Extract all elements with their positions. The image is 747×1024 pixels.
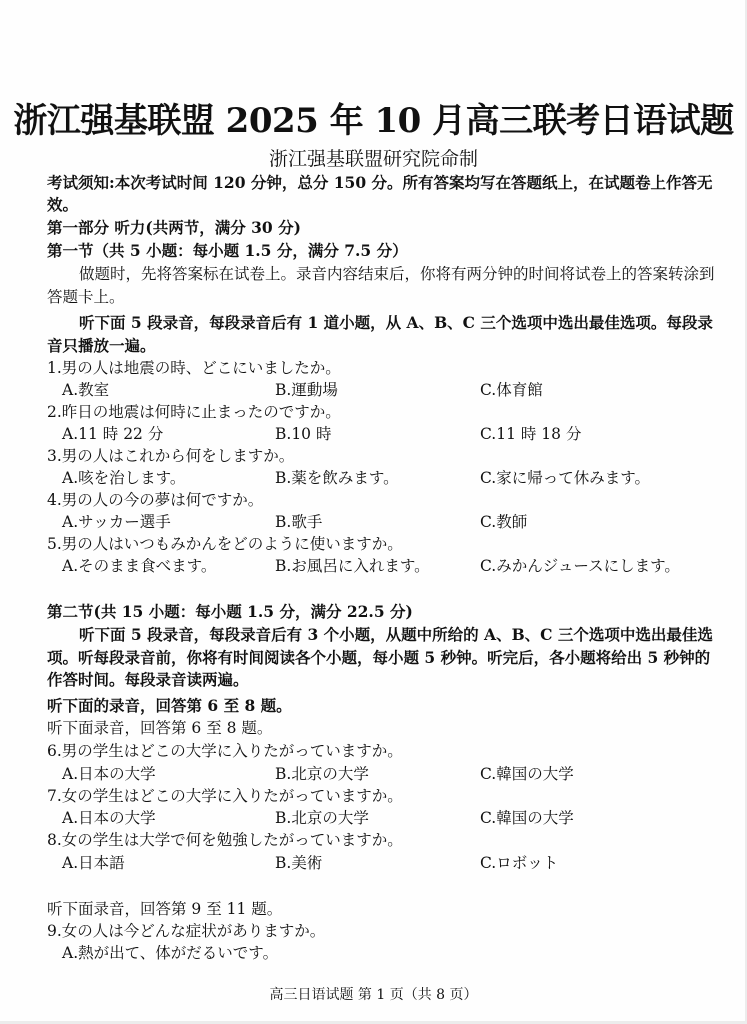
section1-heading: 第一节（共 5 小题：每小题 1.5 分，满分 7.5 分） xyxy=(47,240,408,262)
question-2-option-b: B.10 時 xyxy=(275,423,331,445)
question-7-option-c: C.韓国の大学 xyxy=(480,807,574,829)
question-5: 5.男の人はいつもみかんをどのように使いますか。 xyxy=(47,533,403,555)
question-4-option-b: B.歌手 xyxy=(275,511,322,533)
question-1: 1.男の人は地震の時、どこにいましたか。 xyxy=(47,357,341,379)
question-5-option-c: C.みかんジュースにします。 xyxy=(480,555,680,577)
part1-heading: 第一部分 听力(共两节，满分 30 分) xyxy=(47,217,301,239)
question-2: 2.昨日の地震は何時に止まったのですか。 xyxy=(47,401,341,423)
question-5-option-a: A.そのまま食べます。 xyxy=(62,555,216,577)
group2-heading: 听下面录音，回答第 9 至 11 题。 xyxy=(47,898,282,920)
question-6-option-c: C.韓国の大学 xyxy=(480,763,574,785)
question-6-option-a: A.日本の大学 xyxy=(62,763,156,785)
question-7-option-b: B.北京の大学 xyxy=(275,807,369,829)
group1-heading: 听下面录音，回答第 6 至 8 题。 xyxy=(47,717,272,739)
question-4-option-c: C.教師 xyxy=(480,511,527,533)
question-6-option-b: B.北京の大学 xyxy=(275,763,369,785)
question-8-option-a: A.日本語 xyxy=(62,852,125,874)
question-3-option-c: C.家に帰って休みます。 xyxy=(480,467,650,489)
question-7: 7.女の学生はどこの大学に入りたがっていますか。 xyxy=(47,785,403,807)
question-7-option-a: A.日本の大学 xyxy=(62,807,156,829)
question-8: 8.女の学生は大学で何を勉強したがっていますか。 xyxy=(47,829,403,851)
question-4: 4.男の人の今の夢は何ですか。 xyxy=(47,489,263,511)
question-8-option-c: C.ロボット xyxy=(480,852,558,874)
question-6: 6.男の学生はどこの大学に入りたがっていますか。 xyxy=(47,740,403,762)
group1-heading-bold: 听下面的录音，回答第 6 至 8 题。 xyxy=(47,695,292,717)
question-9-option-a: A.熱が出て、体がだるいです。 xyxy=(62,942,278,964)
exam-title: 浙江强基联盟 2025 年 10 月高三联考日语试题 xyxy=(0,99,747,143)
question-4-option-a: A.サッカー選手 xyxy=(62,511,171,533)
exam-notice: 考试须知:本次考试时间 120 分钟，总分 150 分。所有答案均写在答题纸上，… xyxy=(47,172,717,216)
question-9: 9.女の人は今どんな症状がありますか。 xyxy=(47,920,325,942)
question-2-option-a: A.11 時 22 分 xyxy=(62,423,163,445)
question-2-option-c: C.11 時 18 分 xyxy=(480,423,581,445)
question-5-option-b: B.お風呂に入れます。 xyxy=(275,555,430,577)
section2-heading: 第二节(共 15 小题：每小题 1.5 分，满分 22.5 分) xyxy=(47,601,413,623)
question-8-option-b: B.美術 xyxy=(275,852,322,874)
question-3: 3.男の人はこれから何をしますか。 xyxy=(47,445,294,467)
section1-instruction: 做题时，先将答案标在试卷上。录音内容结束后，你将有两分钟的时间将试卷上的答案转涂… xyxy=(47,263,717,308)
question-1-option-a: A.教室 xyxy=(62,379,109,401)
question-3-option-b: B.薬を飲みます。 xyxy=(275,467,399,489)
question-1-option-b: B.運動場 xyxy=(275,379,338,401)
section2-directions: 听下面 5 段录音，每段录音后有 3 个小题，从题中所给的 A、B、C 三个选项… xyxy=(47,624,717,692)
question-1-option-c: C.体育館 xyxy=(480,379,543,401)
exam-subtitle: 浙江强基联盟研究院命制 xyxy=(0,146,747,172)
question-3-option-a: A.咳を治します。 xyxy=(62,467,185,489)
page-footer: 高三日语试题 第 1 页（共 8 页） xyxy=(0,985,747,1005)
section1-directions: 听下面 5 段录音，每段录音后有 1 道小题，从 A、B、C 三个选项中选出最佳… xyxy=(47,312,717,357)
